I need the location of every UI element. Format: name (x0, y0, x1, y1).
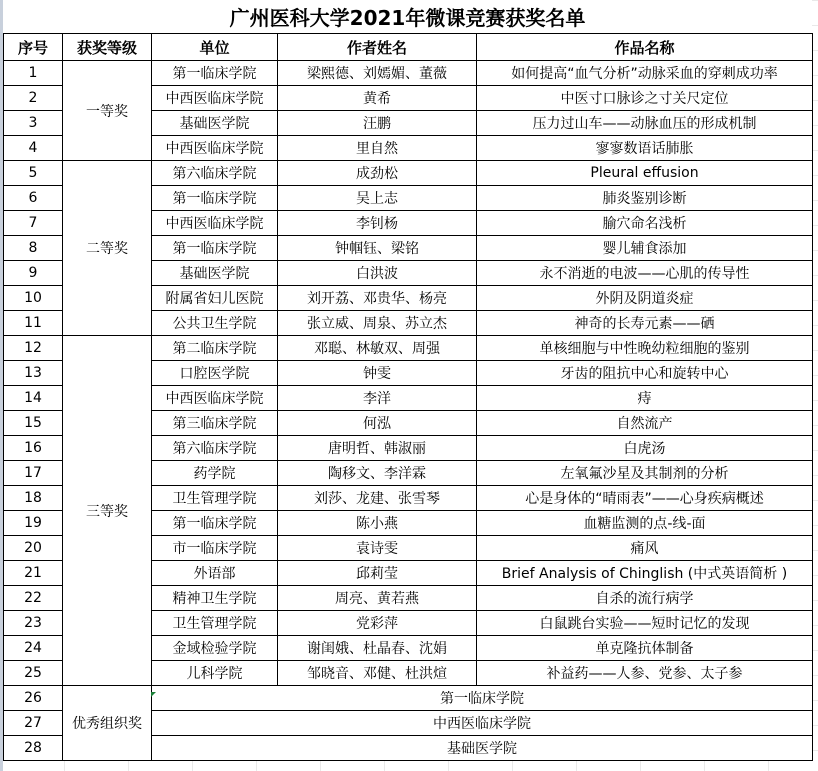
header-authors[interactable]: 作者姓名 (278, 34, 477, 61)
cell-comment-indicator (151, 692, 156, 697)
table-row: 5二等奖第六临床学院成劲松Pleural effusion (4, 161, 813, 186)
cell-no[interactable]: 28 (4, 736, 63, 761)
cell-authors[interactable]: 邹晓音、邓健、杜洪煊 (278, 661, 477, 686)
cell-award-level[interactable]: 三等奖 (63, 336, 152, 686)
cell-authors[interactable]: 梁熙德、刘嫣媚、董薇 (278, 61, 477, 86)
cell-unit[interactable]: 中西医临床学院 (152, 211, 278, 236)
cell-no[interactable]: 7 (4, 211, 63, 236)
cell-unit[interactable]: 基础医学院 (152, 111, 278, 136)
cell-org-unit[interactable]: 第一临床学院 (152, 686, 813, 711)
cell-no[interactable]: 9 (4, 261, 63, 286)
cell-unit[interactable]: 外语部 (152, 561, 278, 586)
cell-authors[interactable]: 黄希 (278, 86, 477, 111)
cell-no[interactable]: 2 (4, 86, 63, 111)
cell-unit[interactable]: 第三临床学院 (152, 411, 278, 436)
header-no[interactable]: 序号 (4, 34, 63, 61)
cell-no[interactable]: 21 (4, 561, 63, 586)
header-work[interactable]: 作品名称 (477, 34, 813, 61)
header-row: 序号 获奖等级 单位 作者姓名 作品名称 (4, 34, 813, 61)
header-unit[interactable]: 单位 (152, 34, 278, 61)
cell-work[interactable]: 痛风 (477, 536, 813, 561)
cell-work[interactable]: 痔 (477, 386, 813, 411)
cell-no[interactable]: 19 (4, 511, 63, 536)
cell-authors[interactable]: 邱莉莹 (278, 561, 477, 586)
cell-work[interactable]: 单克隆抗体制备 (477, 636, 813, 661)
cell-no[interactable]: 11 (4, 311, 63, 336)
cell-work[interactable]: 如何提高“血气分析”动脉采血的穿刺成功率 (477, 61, 813, 86)
cell-work[interactable]: 自杀的流行病学 (477, 586, 813, 611)
cell-work[interactable]: Brief Analysis of Chinglish (中式英语简析 ) (477, 561, 813, 586)
cell-authors[interactable]: 张立威、周泉、苏立杰 (278, 311, 477, 336)
cell-authors[interactable]: 党彩萍 (278, 611, 477, 636)
cell-work[interactable]: 补益药——人参、党参、太子参 (477, 661, 813, 686)
cell-work[interactable]: 外阴及阴道炎症 (477, 286, 813, 311)
cell-work[interactable]: 永不消逝的电波——心肌的传导性 (477, 261, 813, 286)
cell-award-level[interactable]: 优秀组织奖 (63, 686, 152, 761)
cell-no[interactable]: 25 (4, 661, 63, 686)
cell-authors[interactable]: 汪鹏 (278, 111, 477, 136)
cell-no[interactable]: 14 (4, 386, 63, 411)
cell-authors[interactable]: 钟帼钰、梁铭 (278, 236, 477, 261)
cell-unit[interactable]: 精神卫生学院 (152, 586, 278, 611)
cell-no[interactable]: 16 (4, 436, 63, 461)
cell-no[interactable]: 26 (4, 686, 63, 711)
cell-unit[interactable]: 口腔医学院 (152, 361, 278, 386)
cell-work[interactable]: 血糖监测的点-线-面 (477, 511, 813, 536)
cell-work[interactable]: 寥寥数语话肺胀 (477, 136, 813, 161)
cell-unit[interactable]: 市一临床学院 (152, 536, 278, 561)
cell-authors[interactable]: 李洋 (278, 386, 477, 411)
header-level[interactable]: 获奖等级 (63, 34, 152, 61)
cell-work[interactable]: 腧穴命名浅析 (477, 211, 813, 236)
cell-unit[interactable]: 第一临床学院 (152, 61, 278, 86)
cell-authors[interactable]: 陈小燕 (278, 511, 477, 536)
cell-award-level[interactable]: 二等奖 (63, 161, 152, 336)
cell-unit[interactable]: 第一临床学院 (152, 236, 278, 261)
cell-unit[interactable]: 中西医临床学院 (152, 386, 278, 411)
cell-no[interactable]: 1 (4, 61, 63, 86)
cell-work[interactable]: 单核细胞与中性晚幼粒细胞的鉴别 (477, 336, 813, 361)
cell-award-level[interactable]: 一等奖 (63, 61, 152, 161)
cell-authors[interactable]: 袁诗雯 (278, 536, 477, 561)
cell-authors[interactable]: 刘莎、龙建、张雪琴 (278, 486, 477, 511)
cell-authors[interactable]: 钟雯 (278, 361, 477, 386)
cell-work[interactable]: 自然流产 (477, 411, 813, 436)
cell-work[interactable]: 中医寸口脉诊之寸关尺定位 (477, 86, 813, 111)
cell-no[interactable]: 24 (4, 636, 63, 661)
cell-no[interactable]: 23 (4, 611, 63, 636)
cell-unit[interactable]: 第六临床学院 (152, 436, 278, 461)
cell-authors[interactable]: 成劲松 (278, 161, 477, 186)
cell-no[interactable]: 15 (4, 411, 63, 436)
cell-no[interactable]: 18 (4, 486, 63, 511)
cell-no[interactable]: 13 (4, 361, 63, 386)
cell-no[interactable]: 8 (4, 236, 63, 261)
cell-org-unit[interactable]: 中西医临床学院 (152, 711, 813, 736)
cell-unit[interactable]: 金域检验学院 (152, 636, 278, 661)
cell-no[interactable]: 3 (4, 111, 63, 136)
cell-authors[interactable]: 吴上志 (278, 186, 477, 211)
cell-authors[interactable]: 陶移文、李洋霖 (278, 461, 477, 486)
cell-unit[interactable]: 基础医学院 (152, 261, 278, 286)
sheet-title[interactable]: 广州医科大学2021年微课竞赛获奖名单 (3, 0, 812, 33)
cell-work[interactable]: 心是身体的“晴雨表”——心身疾病概述 (477, 486, 813, 511)
awards-table: 序号 获奖等级 单位 作者姓名 作品名称 1一等奖第一临床学院梁熙德、刘嫣媚、董… (3, 33, 813, 761)
cell-no[interactable]: 12 (4, 336, 63, 361)
cell-work[interactable]: 牙齿的阻抗中心和旋转中心 (477, 361, 813, 386)
cell-work[interactable]: 左氧氟沙星及其制剂的分析 (477, 461, 813, 486)
cell-authors[interactable]: 周亮、黄若燕 (278, 586, 477, 611)
cell-no[interactable]: 10 (4, 286, 63, 311)
cell-unit[interactable]: 公共卫生学院 (152, 311, 278, 336)
cell-work[interactable]: 婴儿辅食添加 (477, 236, 813, 261)
cell-authors[interactable]: 何泓 (278, 411, 477, 436)
cell-unit[interactable]: 中西医临床学院 (152, 86, 278, 111)
cell-authors[interactable]: 刘开荔、邓贵华、杨亮 (278, 286, 477, 311)
cell-unit[interactable]: 药学院 (152, 461, 278, 486)
cell-unit[interactable]: 第一临床学院 (152, 186, 278, 211)
cell-unit[interactable]: 儿科学院 (152, 661, 278, 686)
cell-unit[interactable]: 卫生管理学院 (152, 611, 278, 636)
cell-authors[interactable]: 邓聪、林敏双、周强 (278, 336, 477, 361)
cell-no[interactable]: 4 (4, 136, 63, 161)
cell-no[interactable]: 20 (4, 536, 63, 561)
cell-no[interactable]: 27 (4, 711, 63, 736)
cell-authors[interactable]: 李钊杨 (278, 211, 477, 236)
cell-authors[interactable]: 唐明哲、韩淑丽 (278, 436, 477, 461)
table-row: 26优秀组织奖第一临床学院 (4, 686, 813, 711)
cell-work[interactable]: 白鼠跳台实验——短时记忆的发现 (477, 611, 813, 636)
cell-no[interactable]: 6 (4, 186, 63, 211)
cell-unit[interactable]: 第一临床学院 (152, 511, 278, 536)
cell-unit[interactable]: 第二临床学院 (152, 336, 278, 361)
cell-unit[interactable]: 第六临床学院 (152, 161, 278, 186)
table-row: 1一等奖第一临床学院梁熙德、刘嫣媚、董薇如何提高“血气分析”动脉采血的穿刺成功率 (4, 61, 813, 86)
cell-authors[interactable]: 白洪波 (278, 261, 477, 286)
cell-unit[interactable]: 中西医临床学院 (152, 136, 278, 161)
cell-no[interactable]: 17 (4, 461, 63, 486)
cell-no[interactable]: 22 (4, 586, 63, 611)
cell-authors[interactable]: 谢闺娥、杜晶春、沈娟 (278, 636, 477, 661)
cell-unit[interactable]: 卫生管理学院 (152, 486, 278, 511)
cell-work[interactable]: 神奇的长寿元素——硒 (477, 311, 813, 336)
cell-org-unit[interactable]: 基础医学院 (152, 736, 813, 761)
cell-authors[interactable]: 里自然 (278, 136, 477, 161)
cell-work[interactable]: 白虎汤 (477, 436, 813, 461)
cell-unit[interactable]: 附属省妇儿医院 (152, 286, 278, 311)
cell-work[interactable]: Pleural effusion (477, 161, 813, 186)
cell-work[interactable]: 压力过山车——动脉血压的形成机制 (477, 111, 813, 136)
table-row: 12三等奖第二临床学院邓聪、林敏双、周强单核细胞与中性晚幼粒细胞的鉴别 (4, 336, 813, 361)
cell-no[interactable]: 5 (4, 161, 63, 186)
cell-work[interactable]: 肺炎鉴别诊断 (477, 186, 813, 211)
